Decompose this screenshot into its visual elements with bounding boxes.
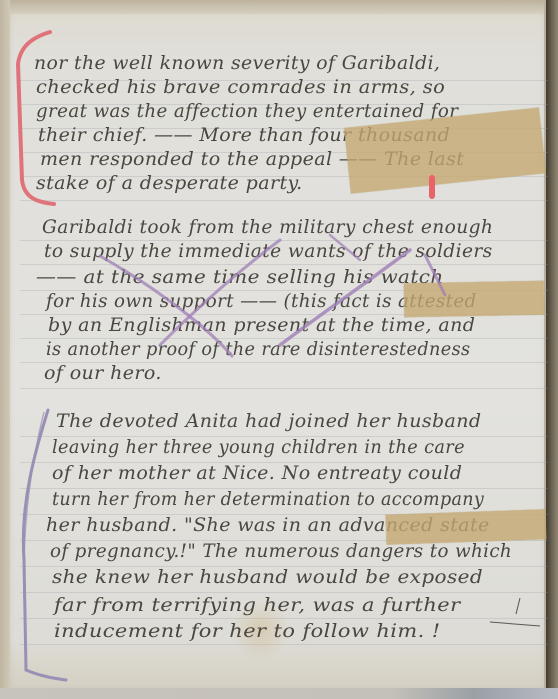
purple-bracket-icon: [23, 410, 66, 680]
dash-line: [490, 622, 540, 626]
red-bracket-icon: [18, 32, 54, 204]
purple-cross-stroke-3: [280, 250, 410, 345]
purple-cross-stroke-5: [425, 255, 445, 295]
purple-cross-stroke-4: [330, 235, 360, 260]
margin-tick-icon: [516, 598, 520, 614]
annotation-marks: [0, 0, 558, 699]
purple-cross-stroke-2: [160, 240, 280, 345]
